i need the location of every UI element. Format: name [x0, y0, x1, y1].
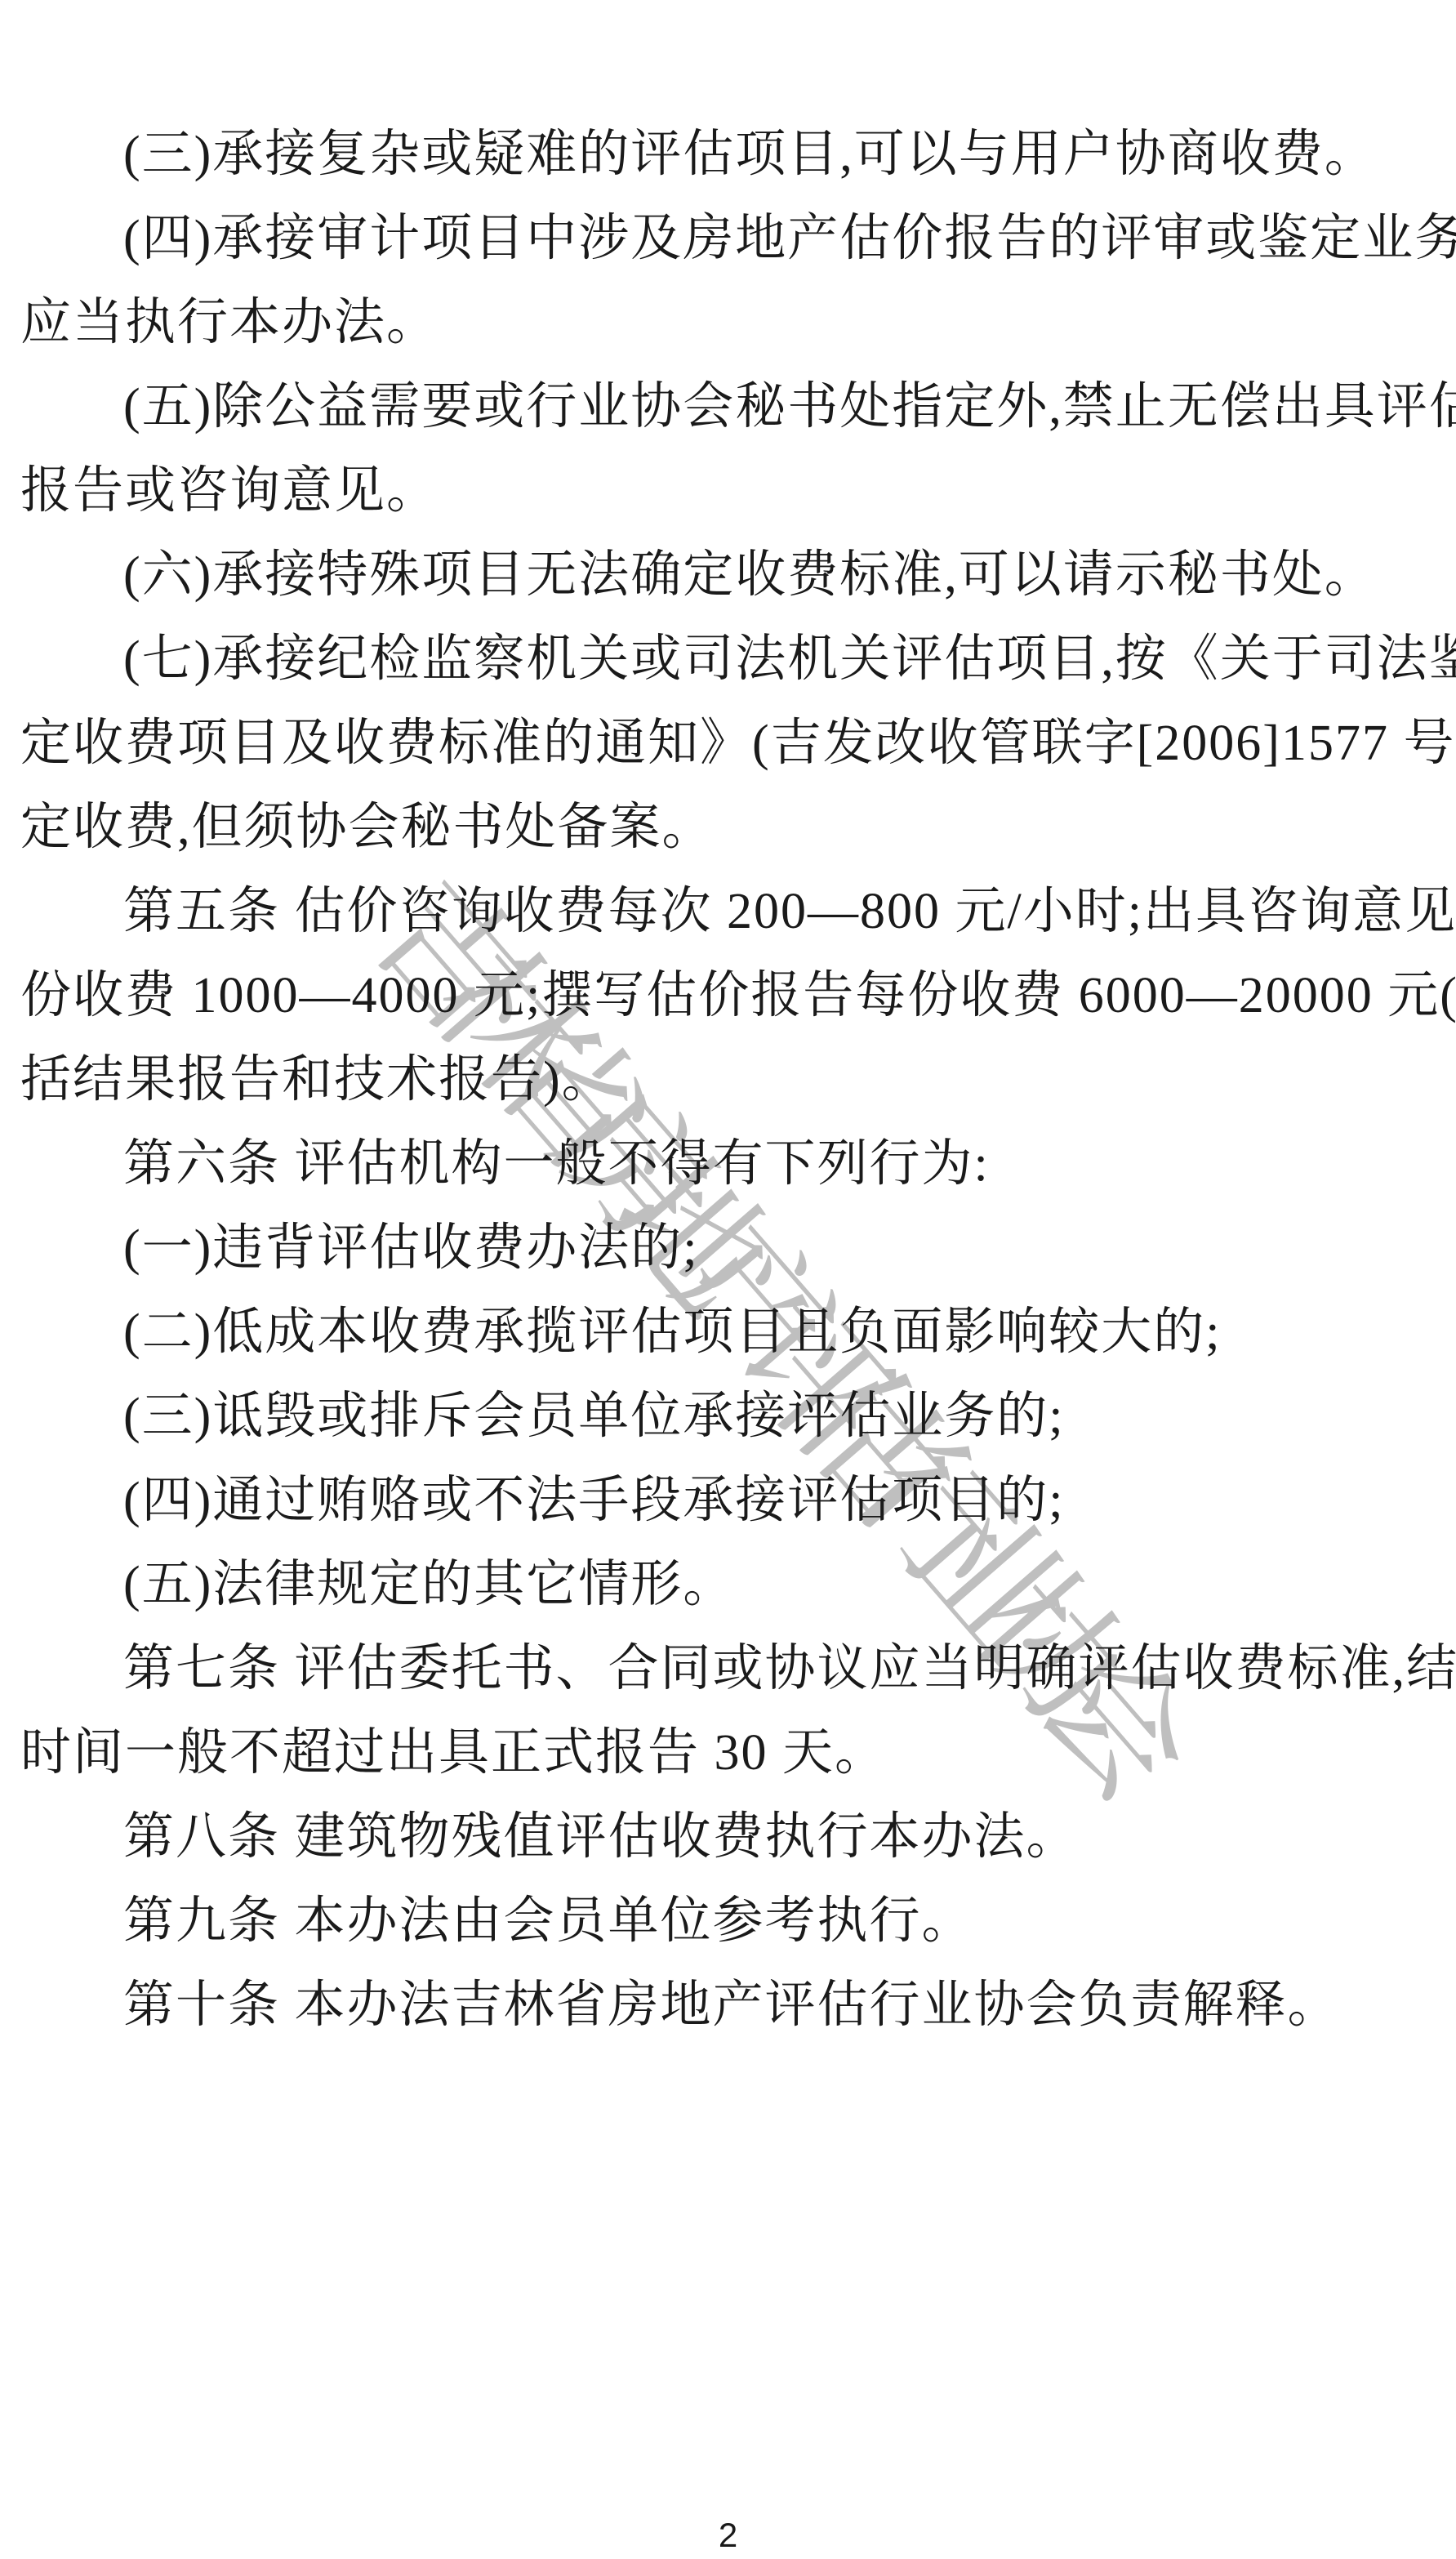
- text-line: (四)承接审计项目中涉及房地产估价报告的评审或鉴定业务,: [20, 197, 1433, 281]
- text-line: 第九条 本办法由会员单位参考执行。: [20, 1879, 1433, 1964]
- text-line: (五)除公益需要或行业协会秘书处指定外,禁止无偿出具评估: [20, 365, 1433, 449]
- text-line: 第十条 本办法吉林省房地产评估行业协会负责解释。: [20, 1964, 1433, 2048]
- text-line: 定收费,但须协会秘书处备案。: [20, 786, 1433, 870]
- text-line: 报告或咨询意见。: [20, 449, 1433, 533]
- text-line: (三)诋毁或排斥会员单位承接评估业务的;: [20, 1375, 1433, 1459]
- text-line: 定收费项目及收费标准的通知》(吉发改收管联字[2006]1577 号)规: [20, 702, 1433, 786]
- text-line: 第五条 估价咨询收费每次 200—800 元/小时;出具咨询意见每: [20, 870, 1433, 954]
- text-line: (四)通过贿赂或不法手段承接评估项目的;: [20, 1459, 1433, 1543]
- text-line: (六)承接特殊项目无法确定收费标准,可以请示秘书处。: [20, 533, 1433, 617]
- text-line: 第七条 评估委托书、合同或协议应当明确评估收费标准,结算: [20, 1627, 1433, 1711]
- text-line: 第六条 评估机构一般不得有下列行为:: [20, 1122, 1433, 1206]
- text-line: 份收费 1000—4000 元;撰写估价报告每份收费 6000—20000 元(…: [20, 954, 1433, 1038]
- page-number: 2: [0, 2517, 1456, 2554]
- text-line: 应当执行本办法。: [20, 281, 1433, 365]
- text-line: 括结果报告和技术报告)。: [20, 1038, 1433, 1122]
- text-line: (五)法律规定的其它情形。: [20, 1543, 1433, 1627]
- text-line: (三)承接复杂或疑难的评估项目,可以与用户协商收费。: [20, 113, 1433, 197]
- document-body: (三)承接复杂或疑难的评估项目,可以与用户协商收费。 (四)承接审计项目中涉及房…: [20, 113, 1433, 2048]
- text-line: (一)违背评估收费办法的;: [20, 1206, 1433, 1291]
- text-line: 时间一般不超过出具正式报告 30 天。: [20, 1711, 1433, 1795]
- text-line: (二)低成本收费承揽评估项目且负面影响较大的;: [20, 1291, 1433, 1375]
- text-line: (七)承接纪检监察机关或司法机关评估项目,按《关于司法鉴: [20, 617, 1433, 702]
- text-line: 第八条 建筑物残值评估收费执行本办法。: [20, 1795, 1433, 1879]
- document-page: 吉林省房地产评估行业协会 (三)承接复杂或疑难的评估项目,可以与用户协商收费。 …: [0, 0, 1456, 2559]
